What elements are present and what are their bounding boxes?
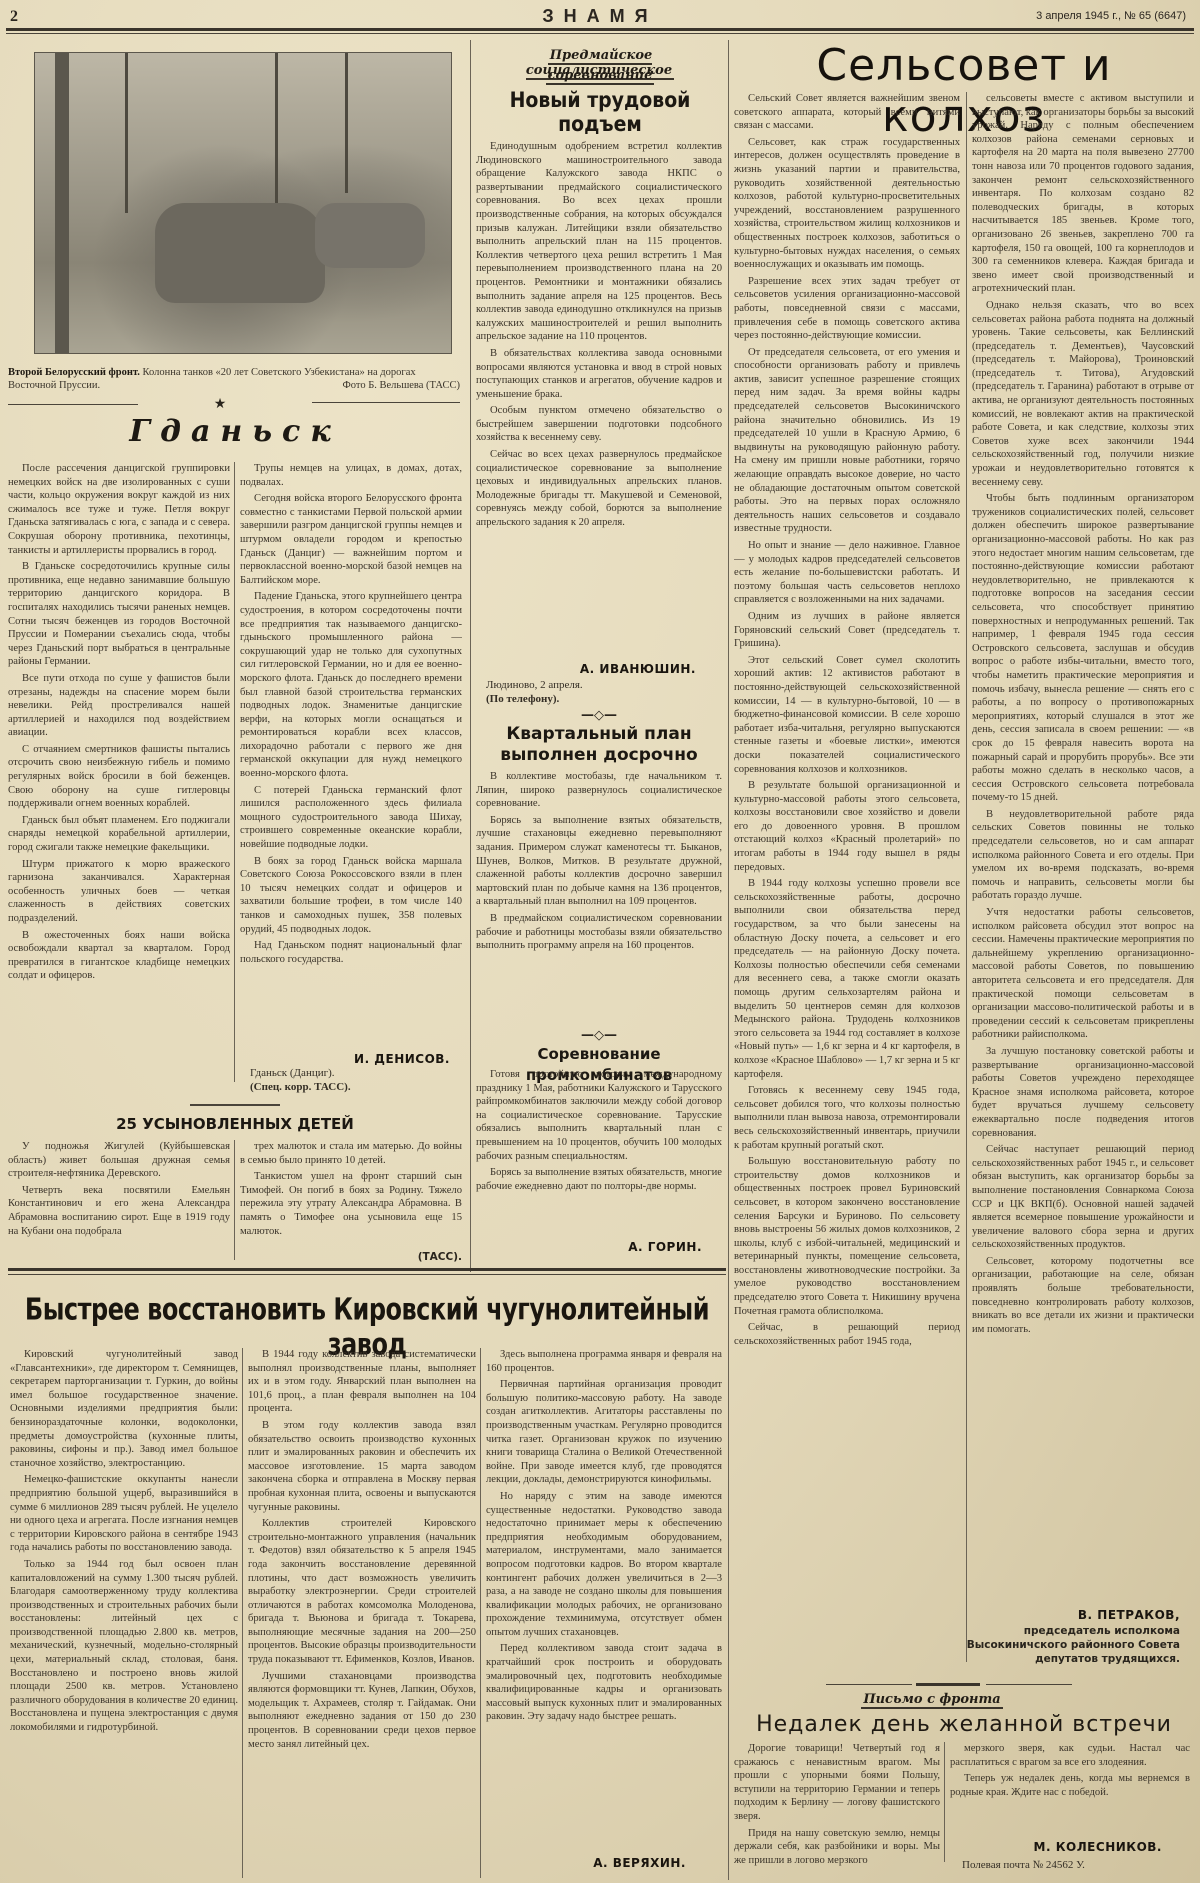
paragraph: Первичная партийная организация проводит… xyxy=(486,1378,722,1487)
divider xyxy=(986,1684,1072,1685)
column-divider xyxy=(470,40,471,1272)
selsovet-signature-title: председатель исполкома xyxy=(972,1624,1180,1638)
paragraph: В предмайском социалистическом соревнова… xyxy=(476,912,722,953)
paragraph: Дорогие товарищи! Четвертый год я сражаю… xyxy=(734,1742,940,1824)
paragraph: Перед коллективом завода стоит задача в … xyxy=(486,1642,722,1724)
paragraph: Этот сельский Совет сумел сколотить хоро… xyxy=(734,654,960,776)
photo-caption: Второй Белорусский фронт. Колонна танков… xyxy=(8,366,460,392)
paragraph: За лучшую постановку советской работы и … xyxy=(972,1045,1194,1140)
paragraph: Большую восстановительную работу по стро… xyxy=(734,1155,960,1318)
column-divider xyxy=(728,40,729,1880)
new-labor-rise-signature: А. ИВАНЮШИН. xyxy=(476,662,696,676)
front-letter-headline: Недалек день желанной встречи xyxy=(732,1712,1196,1737)
paragraph: С потерей Гданьска германский флот лишил… xyxy=(240,784,462,852)
tank-column-photo xyxy=(34,52,452,354)
paragraph: У подножья Жигулей (Куйбышевская область… xyxy=(8,1140,230,1181)
paragraph: Только за 1944 год был освоен план капит… xyxy=(10,1558,238,1735)
paragraph: Готовясь к весеннему севу 1945 года, сел… xyxy=(734,1084,960,1152)
divider xyxy=(826,1684,912,1685)
column-divider xyxy=(944,1742,945,1862)
diamond-separator: —◇— xyxy=(476,708,722,723)
paragraph: мерзкого зверя, как судьи. Настал час ра… xyxy=(950,1742,1190,1769)
column-divider xyxy=(966,92,967,1662)
masthead-rule xyxy=(6,28,1194,31)
column-divider xyxy=(234,462,235,1082)
paragraph: Разрешение всех этих задач требует от се… xyxy=(734,275,960,343)
divider xyxy=(916,1683,980,1686)
adopted-children-source: (ТАСС). xyxy=(240,1250,462,1264)
paragraph: Штурм прижатого к морю вражеского гарниз… xyxy=(8,858,230,926)
masthead-rule-thin xyxy=(6,33,1194,34)
selsovet-signature-title: депутатов трудящихся. xyxy=(972,1652,1180,1666)
paragraph: Немецко-фашистские оккупанты нанесли пре… xyxy=(10,1473,238,1555)
kirov-plant-signature: А. ВЕРЯХИН. xyxy=(486,1856,686,1870)
paragraph: Сельсовет, которому подотчетны все орган… xyxy=(972,1255,1194,1337)
newspaper-name: ЗНАМЯ xyxy=(0,6,1200,27)
paragraph: Кировский чугунолитейный завод «Главсант… xyxy=(10,1348,238,1470)
paragraph: Но наряду с этим на заводе имеются сущес… xyxy=(486,1490,722,1640)
gdansk-signature: И. ДЕНИСОВ. xyxy=(240,1052,450,1066)
paragraph: От председателя сельсовета, от его умени… xyxy=(734,346,960,536)
paragraph: В этом году коллектив завода взял обязат… xyxy=(248,1419,476,1514)
divider xyxy=(8,404,138,405)
front-letter-signature: М. КОЛЕСНИКОВ. xyxy=(950,1840,1162,1854)
paragraph: В неудовлетворительной работе ряда сельс… xyxy=(972,808,1194,903)
front-letter-col-1: Дорогие товарищи! Четвертый год я сражаю… xyxy=(734,1742,940,1882)
front-letter-rubric: Письмо с фронта xyxy=(732,1692,1132,1707)
paragraph: Единодушным одобрением встретил коллекти… xyxy=(476,140,722,344)
paragraph: В ожесточенных боях наши войска освобожд… xyxy=(8,929,230,983)
paragraph: Здесь выполнена программа января и февра… xyxy=(486,1348,722,1375)
paragraph: Придя на нашу советскую землю, немцы дер… xyxy=(734,1827,940,1868)
gdansk-correspondent: (Спец. корр. ТАСС). xyxy=(250,1080,450,1094)
paragraph: Чтобы быть подлинным организатором труже… xyxy=(972,492,1194,805)
new-labor-rise-dateline: Людиново, 2 апреля. xyxy=(486,678,706,692)
paragraph: В коллективе мостобазы, где начальником … xyxy=(476,770,722,811)
paragraph: В 1944 году колхозы успешно провели все … xyxy=(734,877,960,1081)
front-letter-col-2: мерзкого зверя, как судьи. Настал час ра… xyxy=(950,1742,1190,1822)
paragraph: Одним из лучших в районе является Горяно… xyxy=(734,610,960,651)
paragraph: Лучшими стахановцами производства являют… xyxy=(248,1670,476,1752)
paragraph: Учтя недостатки работы сельсоветов, испо… xyxy=(972,906,1194,1042)
selsovet-col-1: Сельский Совет является важнейшим звеном… xyxy=(734,92,960,1660)
kirov-plant-col-3: Здесь выполнена программа января и февра… xyxy=(486,1348,722,1843)
adopted-children-headline: 25 УСЫНОВЛЕННЫХ ДЕТЕЙ xyxy=(0,1114,470,1135)
paragraph: сельсоветы вместе с активом выступили и … xyxy=(972,92,1194,296)
new-labor-rise-via: (По телефону). xyxy=(486,692,706,706)
gdansk-headline: Гданьск xyxy=(0,414,470,449)
paragraph: После рассечения данцигской группировки … xyxy=(8,462,230,557)
paragraph: В обязательствах коллектива завода основ… xyxy=(476,347,722,401)
paragraph: Коллектив строителей Кировского строител… xyxy=(248,1517,476,1667)
adopted-children-col-2: трех малюток и стала им матерью. До войн… xyxy=(240,1140,462,1250)
paragraph: В Гданьске сосредоточились крупные силы … xyxy=(8,560,230,669)
paragraph: Борясь за выполнение взятых обязательств… xyxy=(476,1166,722,1193)
paragraph: Падение Гданьска, этого крупнейшего цент… xyxy=(240,590,462,780)
paragraph: Сегодня войска второго Белорусского фрон… xyxy=(240,492,462,587)
paragraph: Все пути отхода по суше у фашистов были … xyxy=(8,672,230,740)
gdansk-dateline: Гданьск (Данциг). xyxy=(250,1066,450,1080)
paragraph: Сейчас, в решающий период сельскохозяйст… xyxy=(734,1321,960,1348)
paragraph: Борясь за выполнение взятых обязательств… xyxy=(476,814,722,909)
front-letter-field-post: Полевая почта № 24562 У. xyxy=(962,1858,1182,1872)
quarterly-plan-headline: Квартальный план выполнен досрочно xyxy=(476,724,722,766)
paragraph: Гданьск был объят пламенем. Его поджигал… xyxy=(8,814,230,855)
paragraph: Четверть века посвятили Емельян Констант… xyxy=(8,1184,230,1238)
quarterly-plan-body: В коллективе мостобазы, где начальником … xyxy=(476,770,722,1028)
paragraph: Сельсовет, как страж государственных инт… xyxy=(734,136,960,272)
selsovet-signature-title: Высокиничского районного Совета xyxy=(960,1638,1180,1652)
adopted-children-col-1: У подножья Жигулей (Куйбышевская область… xyxy=(8,1140,230,1265)
column-divider xyxy=(242,1348,243,1878)
paragraph: Сейчас наступает решающий период сельско… xyxy=(972,1143,1194,1252)
issue-line: 3 апреля 1945 г., № 65 (6647) xyxy=(1036,10,1186,22)
paragraph: В боях за город Гданьск войска маршала С… xyxy=(240,855,462,937)
paragraph: В 1944 году коллектив завода систематиче… xyxy=(248,1348,476,1416)
paragraph: Теперь уж недалек день, когда мы вернемс… xyxy=(950,1772,1190,1799)
paragraph: Но опыт и знание — дело наживное. Главно… xyxy=(734,539,960,607)
paragraph: трех малюток и стала им матерью. До войн… xyxy=(240,1140,462,1167)
prom-competition-signature: А. ГОРИН. xyxy=(476,1240,702,1254)
star-ornament: ★ xyxy=(200,396,240,413)
rubric-competition: соревнование xyxy=(474,68,726,83)
kirov-plant-col-2: В 1944 году коллектив завода систематиче… xyxy=(248,1348,476,1878)
paragraph: Сейчас во всех цехах развернулось предма… xyxy=(476,448,722,530)
paragraph: Особым пунктом отмечено обязательство о … xyxy=(476,404,722,445)
paragraph: Готовя достойную встречу международному … xyxy=(476,1068,722,1163)
section-rule xyxy=(8,1268,726,1271)
gdansk-col-2: Трупы немцев на улицах, в домах, дотах, … xyxy=(240,462,462,1047)
section-rule-thin xyxy=(8,1274,726,1275)
prom-competition-body: Готовя достойную встречу международному … xyxy=(476,1068,722,1236)
column-divider xyxy=(234,1140,235,1260)
paragraph: Над Гданьском поднят национальный флаг п… xyxy=(240,939,462,966)
new-labor-rise-headline: Новый трудовой подъем xyxy=(474,88,726,136)
paragraph: С отчаянием смертников фашисты пытались … xyxy=(8,743,230,811)
paragraph: Танкистом ушел на фронт старший сын Тимо… xyxy=(240,1170,462,1238)
paragraph: Сельский Совет является важнейшим звеном… xyxy=(734,92,960,133)
new-labor-rise-body: Единодушным одобрением встретил коллекти… xyxy=(476,140,722,660)
divider xyxy=(312,402,460,403)
paragraph: Однако нельзя сказать, что во всех сельс… xyxy=(972,299,1194,489)
paragraph: Трупы немцев на улицах, в домах, дотах, … xyxy=(240,462,462,489)
diamond-separator: —◇— xyxy=(476,1028,722,1043)
selsovet-col-2: сельсоветы вместе с активом выступили и … xyxy=(972,92,1194,1547)
kirov-plant-col-1: Кировский чугунолитейный завод «Главсант… xyxy=(10,1348,238,1878)
newspaper-page: 2 ЗНАМЯ 3 апреля 1945 г., № 65 (6647) Вт… xyxy=(0,0,1200,1883)
column-divider xyxy=(480,1348,481,1878)
selsovet-signature: В. ПЕТРАКОВ, xyxy=(972,1608,1180,1622)
divider xyxy=(190,1104,280,1106)
paragraph: В результате большой организационной и к… xyxy=(734,779,960,874)
gdansk-col-1: После рассечения данцигской группировки … xyxy=(8,462,230,1092)
